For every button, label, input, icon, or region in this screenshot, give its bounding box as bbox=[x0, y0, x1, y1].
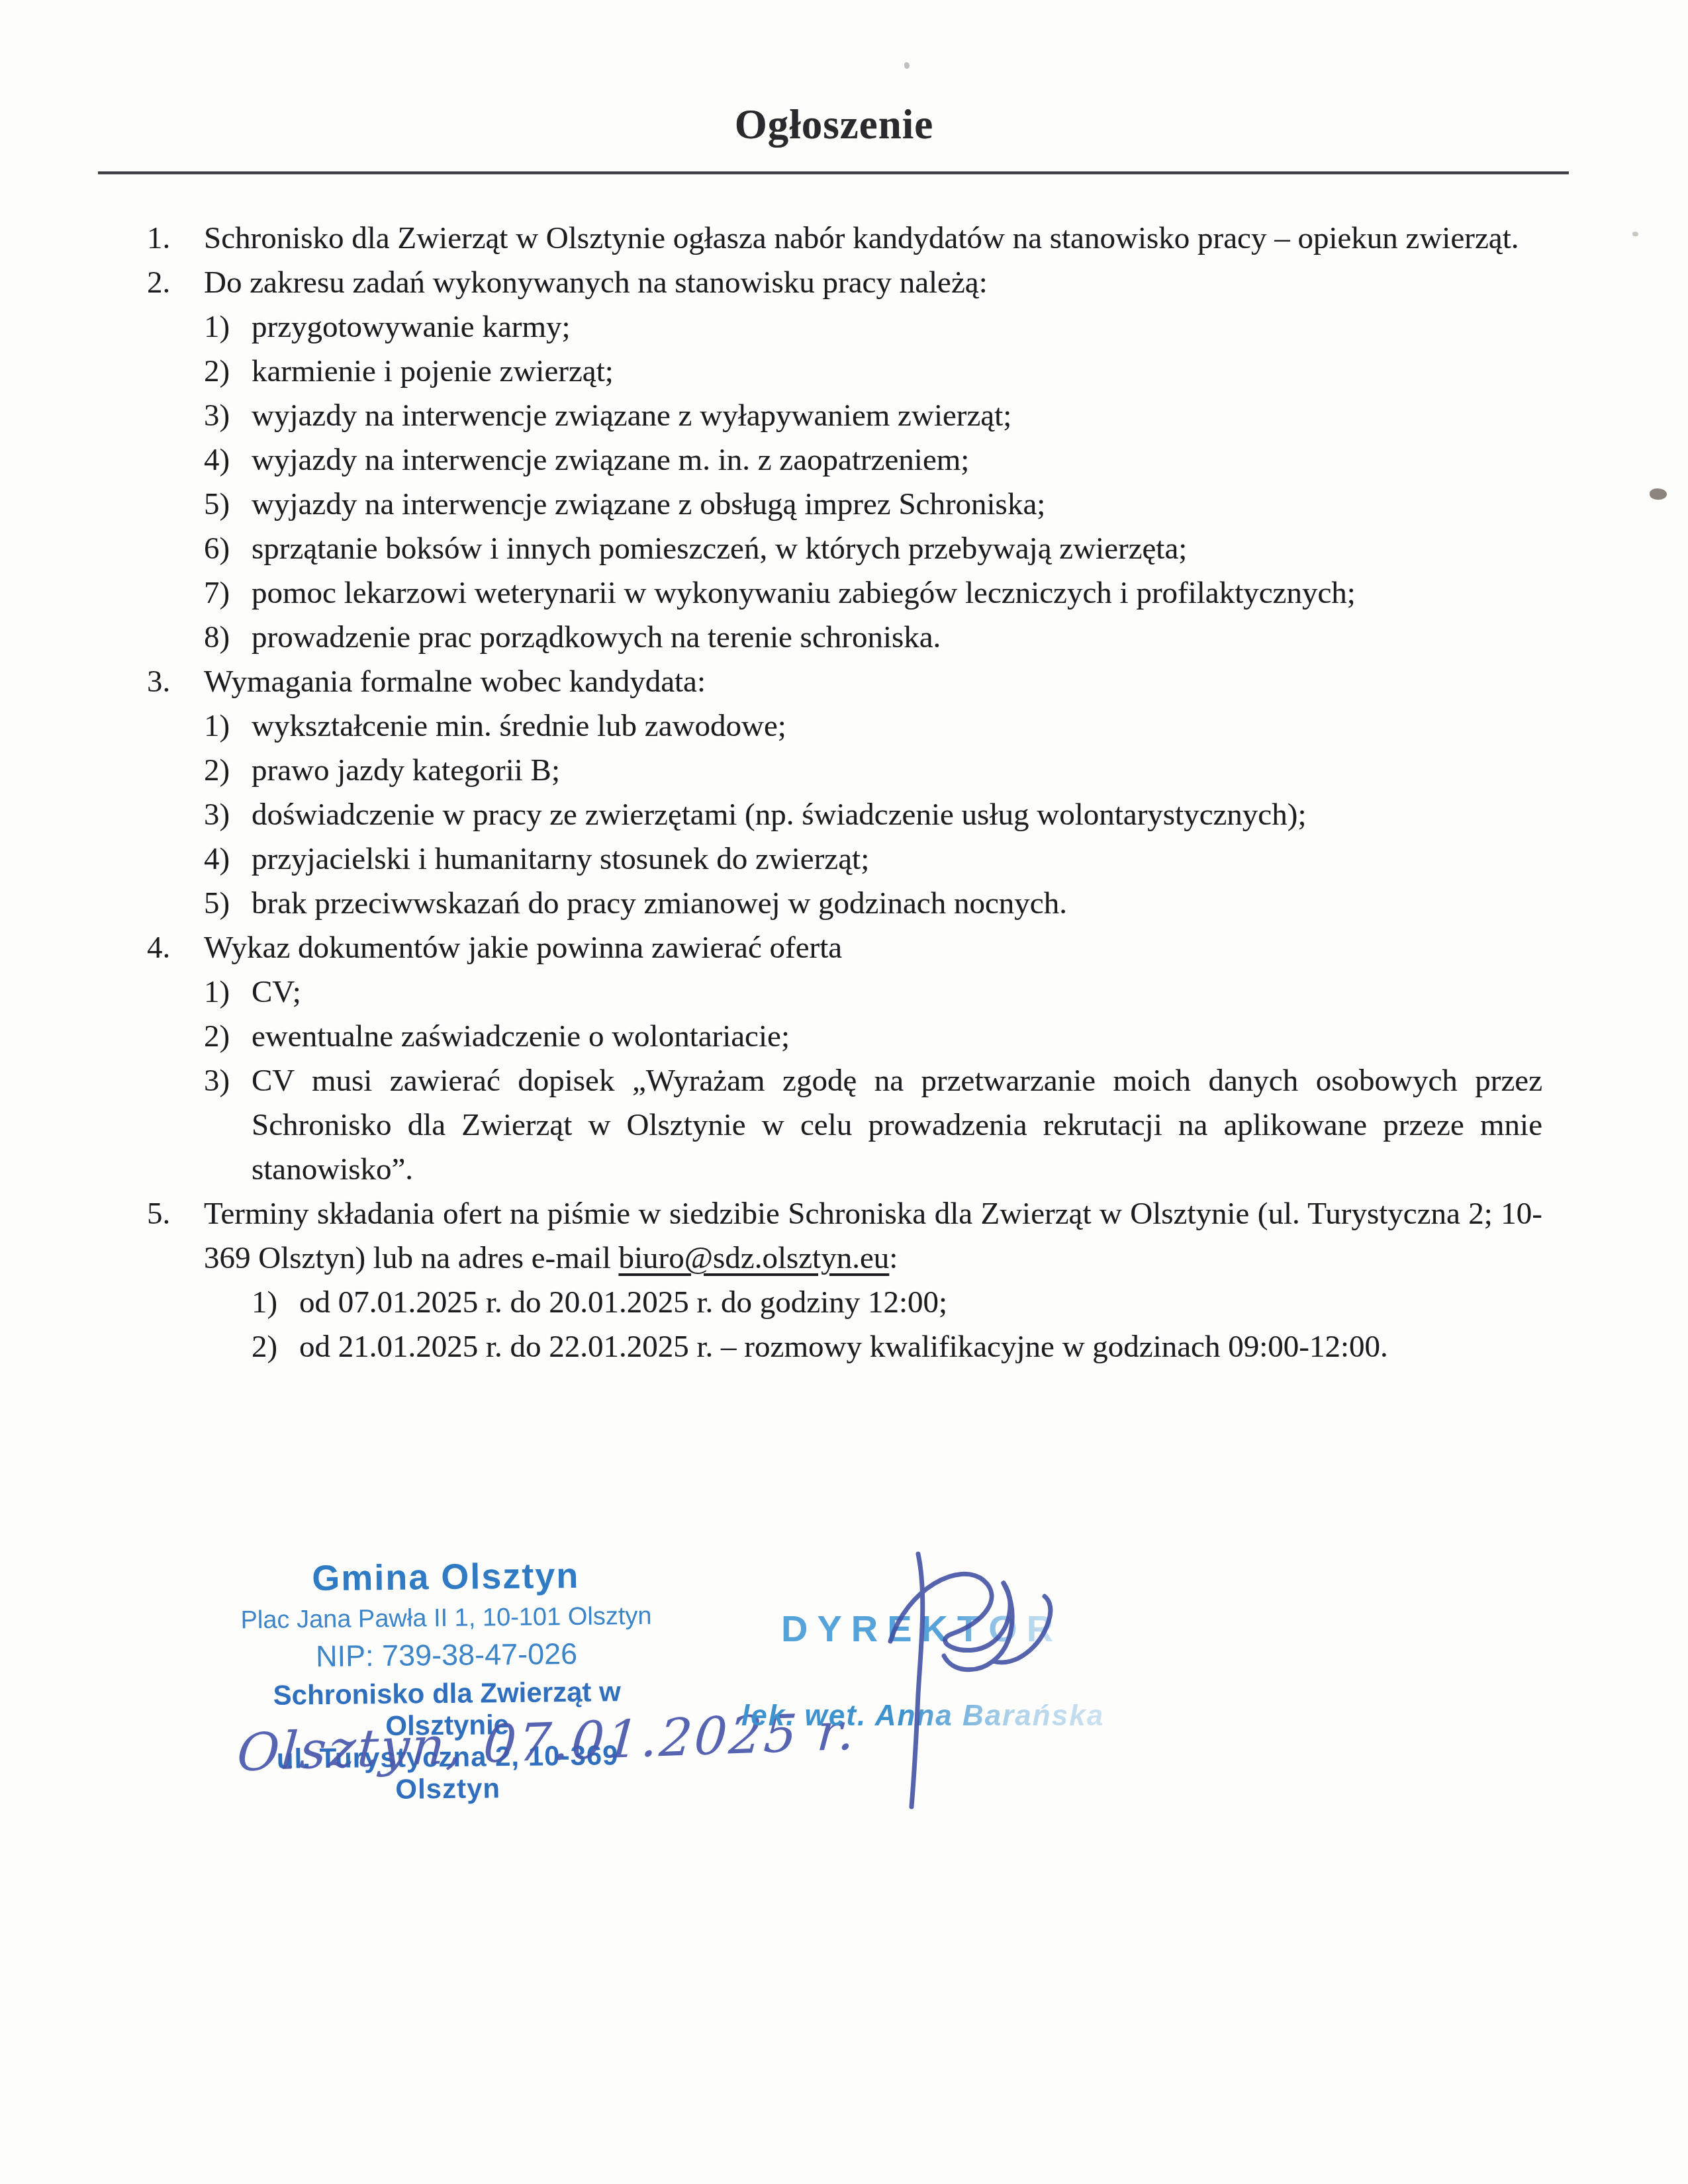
document-page: Ogłoszenie 1. Schronisko dla Zwierząt w … bbox=[0, 0, 1688, 2184]
list-item-5: 5. Terminy składania ofert na piśmie w s… bbox=[147, 1192, 1542, 1369]
signature-scribble bbox=[854, 1547, 1092, 1812]
sub-item: 4)przyjacielski i humanitarny stosunek d… bbox=[204, 837, 1542, 882]
sub-item: 2)ewentualne zaświadczenie o wolontariac… bbox=[204, 1015, 1542, 1059]
sub-item: 6)sprzątanie boksów i innych pomieszczeń… bbox=[204, 527, 1542, 571]
sub-item: 3)doświadczenie w pracy ze zwierzętami (… bbox=[204, 793, 1542, 837]
sub-text: prowadzenie prac porządkowych na terenie… bbox=[252, 615, 1542, 660]
sub-item: 1)od 07.01.2025 r. do 20.01.2025 r. do g… bbox=[252, 1281, 1542, 1325]
item-text: Wymagania formalne wobec kandydata: bbox=[204, 660, 1542, 704]
sub-item: 2)karmienie i pojenie zwierząt; bbox=[204, 349, 1542, 394]
sub-text: doświadczenie w pracy ze zwierzętami (np… bbox=[252, 793, 1542, 837]
stamp-org-nip: NIP: 739-38-47-026 bbox=[231, 1636, 662, 1675]
item-text: Do zakresu zadań wykonywanych na stanowi… bbox=[204, 261, 1542, 305]
scan-speck bbox=[1650, 488, 1667, 500]
announcement-list: 1. Schronisko dla Zwierząt w Olsztynie o… bbox=[147, 216, 1542, 1369]
sub-number: 7) bbox=[204, 571, 252, 615]
sub-number: 1) bbox=[252, 1281, 299, 1325]
sub-item: 1)wykształcenie min. średnie lub zawodow… bbox=[204, 704, 1542, 749]
sub-number: 1) bbox=[204, 704, 252, 749]
sub-text: sprzątanie boksów i innych pomieszczeń, … bbox=[252, 527, 1542, 571]
item-number: 1. bbox=[147, 216, 204, 261]
sub-text: pomoc lekarzowi weterynarii w wykonywani… bbox=[252, 571, 1542, 615]
sub-number: 2) bbox=[252, 1325, 299, 1369]
sub-number: 2) bbox=[204, 1015, 252, 1059]
sub-text: CV musi zawierać dopisek „Wyrażam zgodę … bbox=[252, 1059, 1542, 1192]
sub-number: 3) bbox=[204, 394, 252, 438]
list-item-2: 2. Do zakresu zadań wykonywanych na stan… bbox=[147, 261, 1542, 660]
sub-text: przygotowywanie karmy; bbox=[252, 305, 1542, 349]
header-rule bbox=[98, 171, 1569, 174]
email-link[interactable]: biuro@sdz.olsztyn.eu bbox=[619, 1241, 890, 1275]
sub-item: 2)od 21.01.2025 r. do 22.01.2025 r. – ro… bbox=[252, 1325, 1542, 1369]
deadlines-sublist: 1)od 07.01.2025 r. do 20.01.2025 r. do g… bbox=[252, 1281, 1542, 1369]
sub-number: 3) bbox=[204, 793, 252, 837]
scan-speck bbox=[904, 62, 910, 69]
item-number: 4. bbox=[147, 926, 204, 1192]
sub-text: od 21.01.2025 r. do 22.01.2025 r. – rozm… bbox=[299, 1325, 1542, 1369]
sub-number: 6) bbox=[204, 527, 252, 571]
sub-text: brak przeciwwskazań do pracy zmianowej w… bbox=[252, 882, 1542, 926]
sub-item: 4)wyjazdy na interwencje związane m. in.… bbox=[204, 438, 1542, 482]
item-text-suffix: : bbox=[889, 1241, 898, 1275]
tasks-sublist: 1)przygotowywanie karmy; 2)karmienie i p… bbox=[204, 305, 1542, 660]
sub-number: 5) bbox=[204, 882, 252, 926]
sub-text: ewentualne zaświadczenie o wolontariacie… bbox=[252, 1015, 1542, 1059]
sub-item: 2)prawo jazdy kategorii B; bbox=[204, 749, 1542, 793]
stamp-org-name: Gmina Olsztyn bbox=[230, 1555, 661, 1600]
item-number: 2. bbox=[147, 261, 204, 660]
sub-item: 3)CV musi zawierać dopisek „Wyrażam zgod… bbox=[204, 1059, 1542, 1192]
sub-text: CV; bbox=[252, 970, 1542, 1015]
sub-number: 8) bbox=[204, 615, 252, 660]
sub-text: od 07.01.2025 r. do 20.01.2025 r. do god… bbox=[299, 1281, 1542, 1325]
sub-text: wyjazdy na interwencje związane m. in. z… bbox=[252, 438, 1542, 482]
page-title: Ogłoszenie bbox=[99, 0, 1569, 149]
sub-item: 1)przygotowywanie karmy; bbox=[204, 305, 1542, 349]
item-text: Schronisko dla Zwierząt w Olsztynie ogła… bbox=[204, 216, 1542, 261]
item-text: Terminy składania ofert na piśmie w sied… bbox=[204, 1192, 1542, 1281]
list-item-1: 1. Schronisko dla Zwierząt w Olsztynie o… bbox=[147, 216, 1542, 261]
item-number: 3. bbox=[147, 660, 204, 926]
scan-speck bbox=[1632, 232, 1638, 236]
sub-number: 1) bbox=[204, 305, 252, 349]
sub-number: 2) bbox=[204, 749, 252, 793]
sub-item: 8)prowadzenie prac porządkowych na teren… bbox=[204, 615, 1542, 660]
sub-number: 2) bbox=[204, 349, 252, 394]
sub-item: 3)wyjazdy na interwencje związane z wyła… bbox=[204, 394, 1542, 438]
sub-text: wykształcenie min. średnie lub zawodowe; bbox=[252, 704, 1542, 749]
sub-number: 1) bbox=[204, 970, 252, 1015]
sub-item: 5)wyjazdy na interwencje związane z obsł… bbox=[204, 482, 1542, 527]
sub-number: 5) bbox=[204, 482, 252, 527]
stamp-org-address: Plac Jana Pawła II 1, 10-101 Olsztyn bbox=[231, 1602, 661, 1635]
sub-item: 5)brak przeciwwskazań do pracy zmianowej… bbox=[204, 882, 1542, 926]
documents-sublist: 1)CV; 2)ewentualne zaświadczenie o wolon… bbox=[204, 970, 1542, 1192]
requirements-sublist: 1)wykształcenie min. średnie lub zawodow… bbox=[204, 704, 1542, 926]
sub-text: wyjazdy na interwencje związane z obsług… bbox=[252, 482, 1542, 527]
list-item-3: 3. Wymagania formalne wobec kandydata: 1… bbox=[147, 660, 1542, 926]
sub-text: przyjacielski i humanitarny stosunek do … bbox=[252, 837, 1542, 882]
sub-item: 1)CV; bbox=[204, 970, 1542, 1015]
sub-number: 4) bbox=[204, 438, 252, 482]
sub-text: prawo jazdy kategorii B; bbox=[252, 749, 1542, 793]
sub-text: wyjazdy na interwencje związane z wyłapy… bbox=[252, 394, 1542, 438]
sub-text: karmienie i pojenie zwierząt; bbox=[252, 349, 1542, 394]
item-number: 5. bbox=[147, 1192, 204, 1369]
sub-number: 4) bbox=[204, 837, 252, 882]
sub-item: 7)pomoc lekarzowi weterynarii w wykonywa… bbox=[204, 571, 1542, 615]
list-item-4: 4. Wykaz dokumentów jakie powinna zawier… bbox=[147, 926, 1542, 1192]
sub-number: 3) bbox=[204, 1059, 252, 1192]
item-text: Wykaz dokumentów jakie powinna zawierać … bbox=[204, 926, 1542, 970]
